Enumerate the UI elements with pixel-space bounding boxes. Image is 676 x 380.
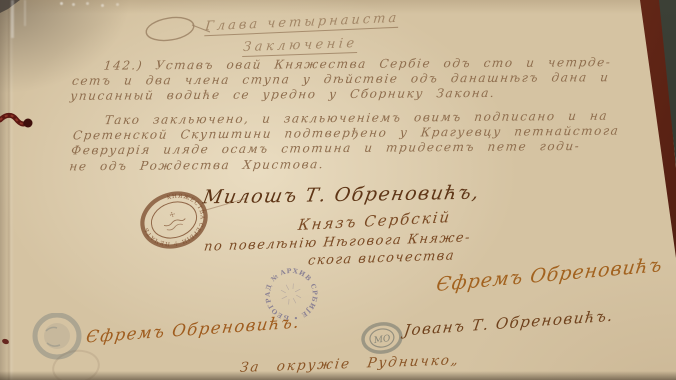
article-paragraph: 142.) Уставъ овай Княжества Сербіе одъ с…: [69, 55, 612, 104]
museum-photo-of-manuscript: Глава четырнаиста Заключеніе 142.) Устав…: [0, 0, 676, 380]
seal-emblem: [164, 217, 186, 227]
pen-flourish-icon: [144, 12, 210, 48]
oval-monogram-stamp: МО: [359, 319, 405, 358]
closing-paragraph: Тако закльючено, и закльюченіемъ овимъ п…: [69, 109, 622, 175]
glass-glare-dots: [60, 2, 63, 5]
archive-stamp-sunburst: [277, 280, 305, 308]
glass-glare-streak: [24, 0, 26, 26]
seal-center-glyph: ☩: [169, 211, 177, 219]
binding-cord-icon: [0, 104, 40, 138]
glass-glare-streak: [11, 0, 14, 38]
